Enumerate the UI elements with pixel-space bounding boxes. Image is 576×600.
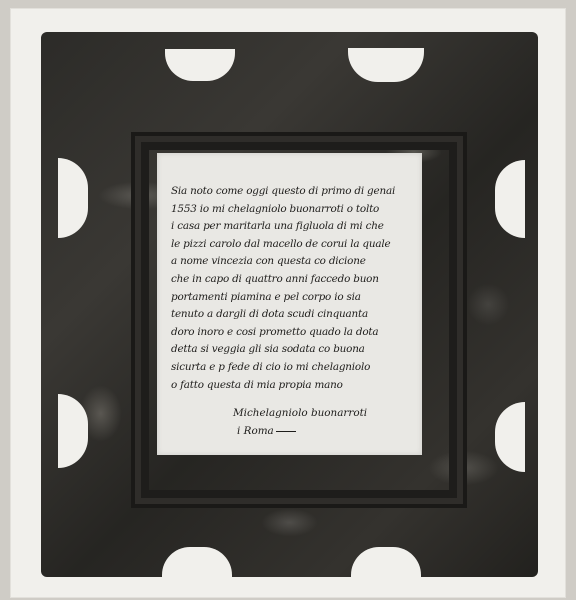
signature-name: Michelagniolo buonarroti (233, 407, 367, 419)
letter-line: 1553 io mi chelagniolo buonarroti o tolt… (171, 201, 421, 219)
letter-signature-block: Michelagniolo buonarroti i Roma (233, 404, 367, 440)
letter-line: portamenti piamina e pel corpo io sia (171, 289, 421, 307)
letter-line: i casa per maritarla una figluola di mi … (171, 218, 421, 236)
letter-line: che in capo di quattro anni faccedo buon (171, 271, 421, 289)
frame-cutout-top-left (165, 49, 235, 81)
letter-line: detta si veggia gli sia sodata co buona (171, 341, 421, 359)
handwritten-letter-body: Sia noto come oggi questo di primo di ge… (171, 183, 421, 394)
letter-line: le pizzi carolo dal macello de corui la … (171, 236, 421, 254)
frame-cutout-left-lower (58, 394, 88, 468)
letter-line: sicurta e p fede di cio io mi chelagniol… (171, 359, 421, 377)
frame-cutout-right-upper (495, 160, 525, 238)
letter-line: a nome vincezia con questa co dicione (171, 253, 421, 271)
letter-line: Sia noto come oggi questo di primo di ge… (171, 183, 421, 201)
frame-cutout-top-right (348, 48, 424, 82)
letter-line: doro inoro e cosi prometto quado la dota (171, 324, 421, 342)
letter-line: o fatto questa di mia propia mano (171, 377, 421, 395)
letter-line: tenuto a dargli di dota scudi cinquanta (171, 306, 421, 324)
frame-cutout-bottom-right (351, 547, 421, 581)
frame-cutout-right-lower (495, 402, 525, 472)
letter-paper: Sia noto come oggi questo di primo di ge… (157, 153, 422, 455)
frame-cutout-bottom-left (162, 547, 232, 581)
frame-cutout-left-upper (58, 158, 88, 238)
signature-place: i Roma (233, 422, 367, 440)
